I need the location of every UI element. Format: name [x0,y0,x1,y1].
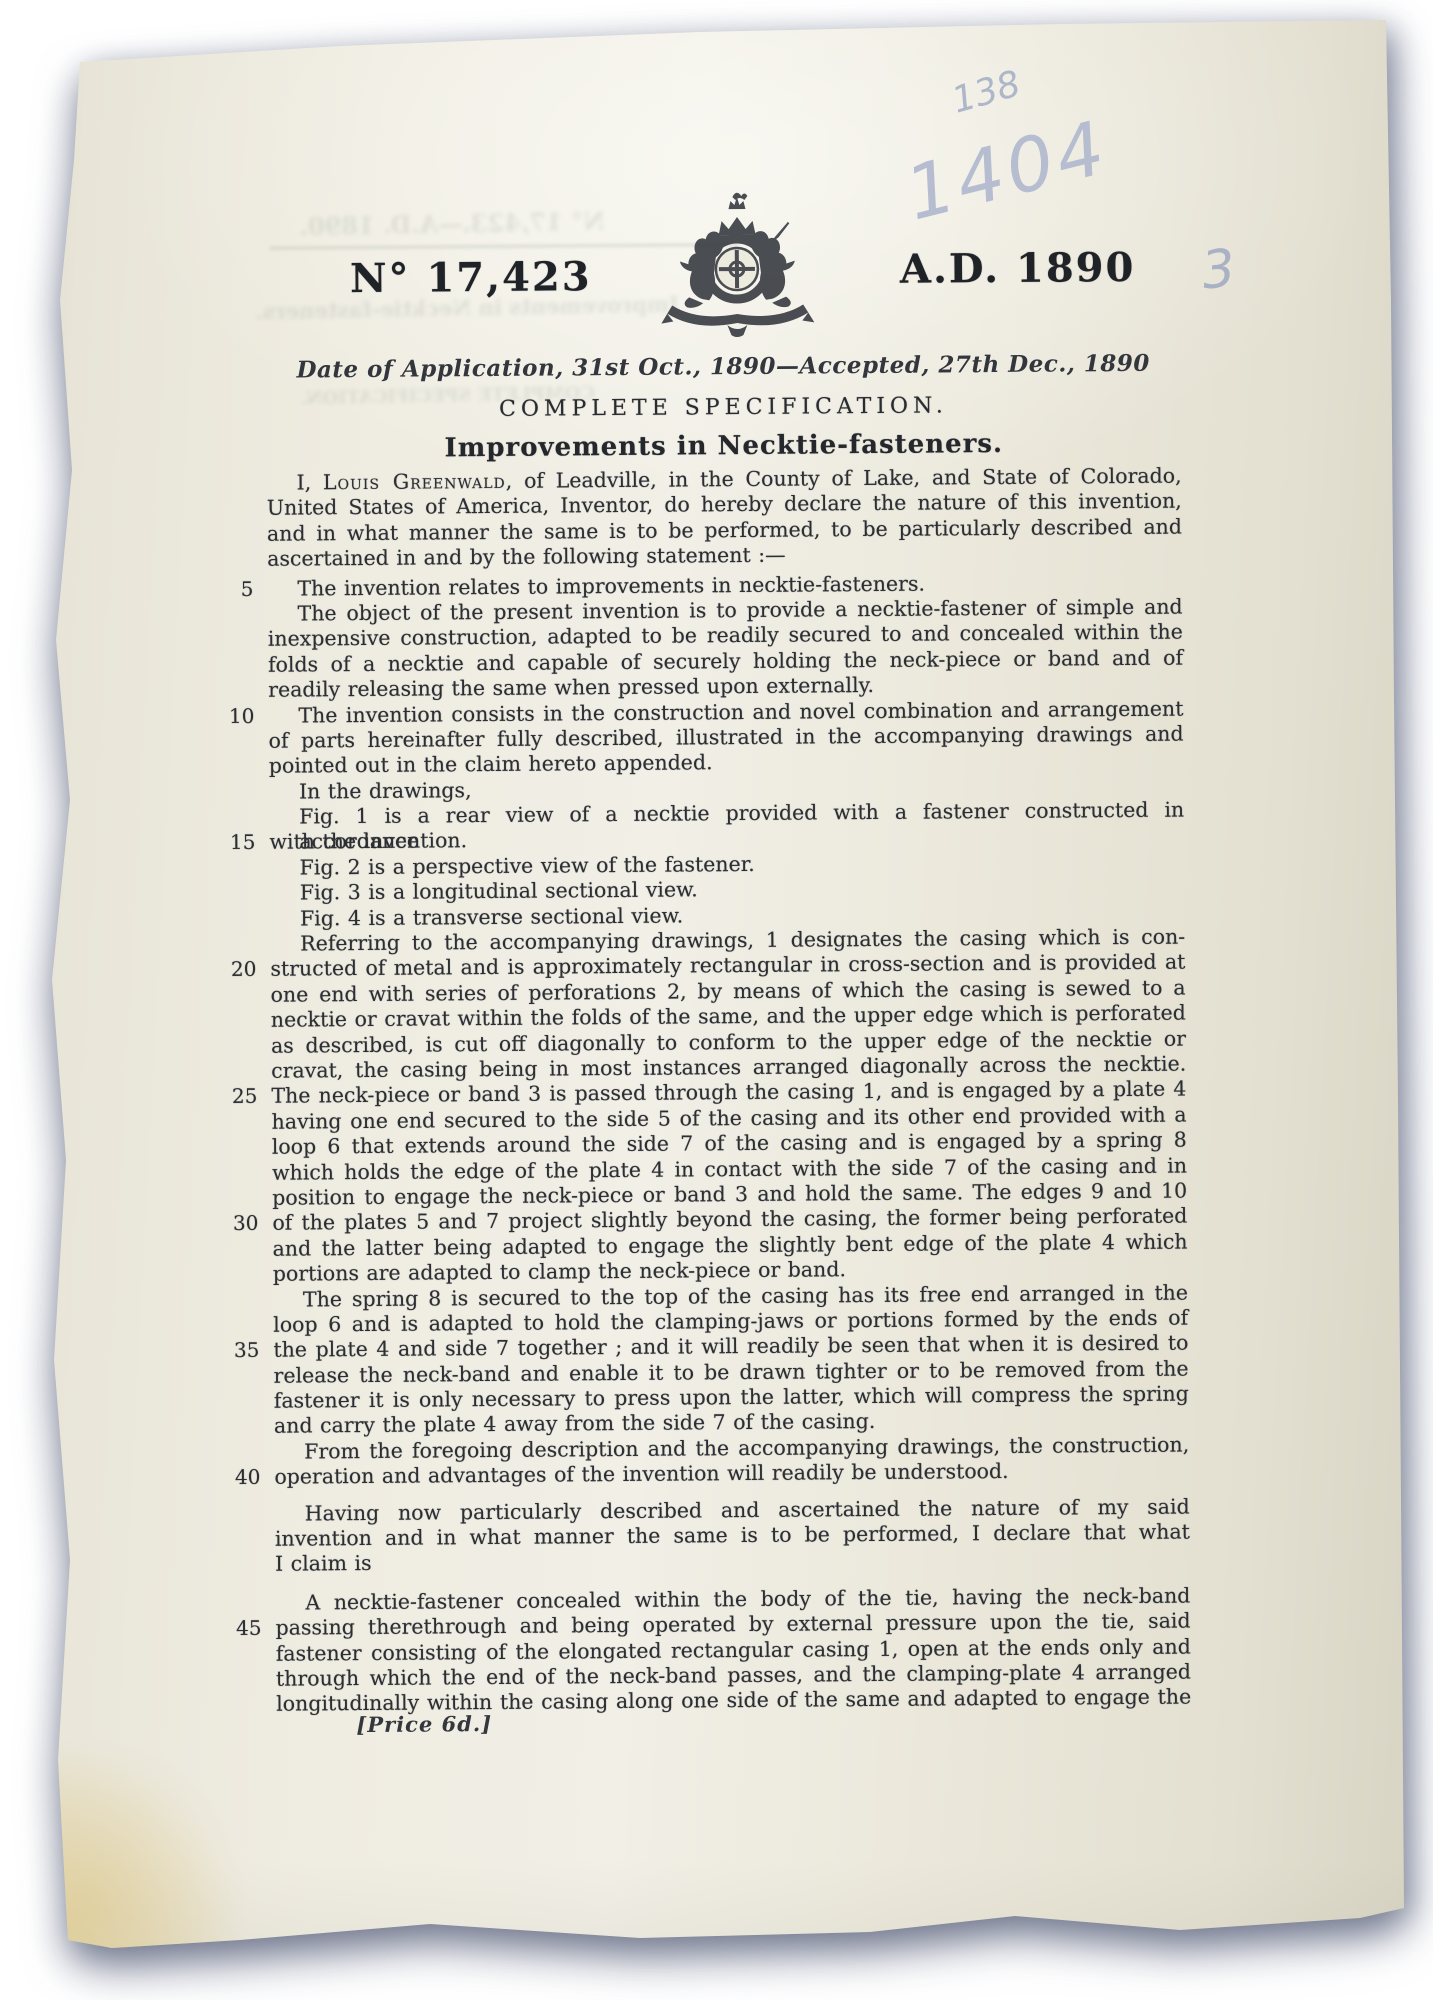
photograph-of-patent-page: N° 17,423.—A.D. 1890.Improvements in Nec… [0,0,1433,2000]
margin-line-number: 15 [207,830,255,856]
margin-line-number: 5 [205,576,253,602]
price-note: [Price 6d.] [356,1711,492,1737]
royal-coat-of-arms-icon [644,186,830,339]
margin-line-number: 10 [206,703,254,729]
margin-line-number: 20 [208,957,256,983]
bleedthrough-layer: N° 17,423.—A.D. 1890.Improvements in Nec… [0,0,1431,3]
margin-line-number: 30 [210,1211,258,1237]
margin-line-number: 35 [211,1338,259,1364]
bleedthrough-text: N° 17,423.—A.D. 1890. [299,206,605,241]
handwritten-number-3: 3 [1199,238,1238,301]
margin-line-number: 45 [213,1616,261,1642]
margin-line-number: 25 [209,1084,257,1110]
invention-title: Improvements in Necktie-fasteners. [266,428,1181,465]
body-lines: I, Louis Greenwald, of Leadville, in the… [266,464,1191,1718]
year-label: A.D. 1890 [900,244,1136,293]
date-of-application-line: Date of Application, 31st Oct., 1890—Acc… [266,350,1181,384]
patent-number: N° 17,423 [350,253,592,302]
margin-line-number: 40 [212,1465,260,1491]
